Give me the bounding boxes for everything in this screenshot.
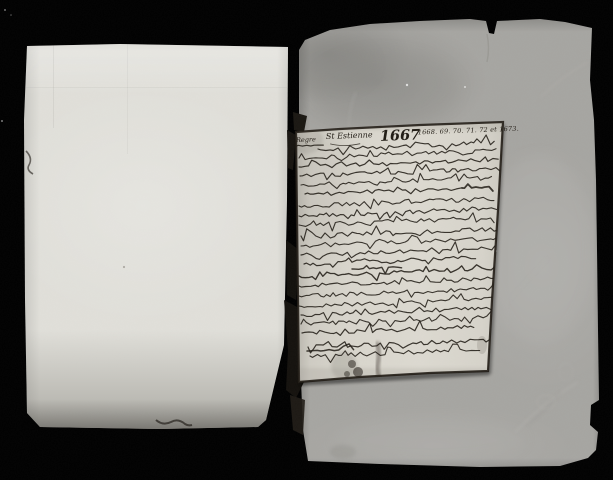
dust-speck	[1, 120, 3, 122]
left-blank-page	[24, 43, 289, 430]
right-backing-page	[296, 18, 603, 468]
page-fold-band	[24, 43, 289, 88]
scan-stage: Regre St Estienne 1667 1668. 69. 70. 71.…	[0, 0, 613, 480]
binding-stub	[287, 130, 296, 170]
dust-speck	[4, 9, 6, 11]
fold-crease	[127, 44, 128, 154]
binding-stub	[286, 240, 299, 300]
dust-specks	[1, 9, 12, 122]
dust-speck	[10, 14, 12, 16]
fold-crease	[53, 44, 54, 128]
